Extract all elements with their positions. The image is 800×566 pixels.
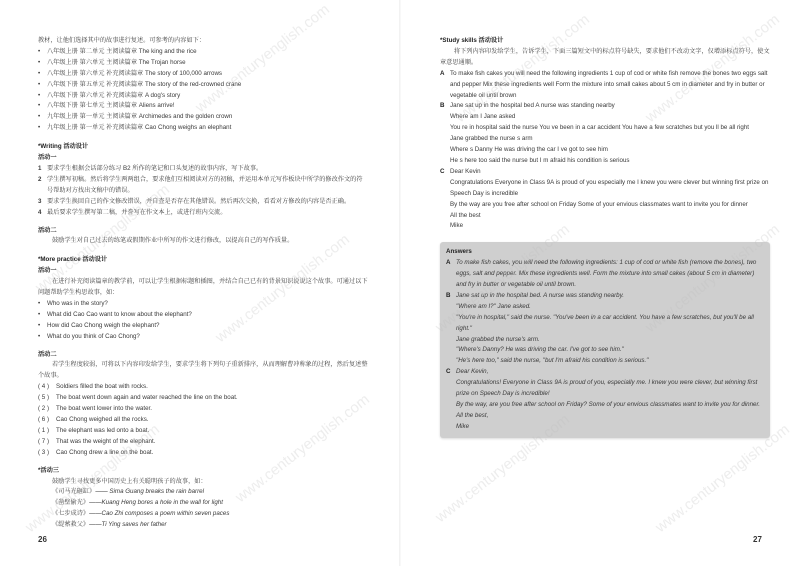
- question-item: What do you think of Cao Chong?: [38, 332, 368, 343]
- story-title-list: 《司马光砸缸》—— Sima Guang breaks the rain bar…: [38, 487, 368, 531]
- story-list: 八年级上册 第二单元 主阅读篇章 The king and the rice 八…: [38, 47, 368, 134]
- exercise-c: C Dear Kevin Congratulations Everyone in…: [440, 167, 770, 232]
- sentence-item: ( 5 )The boat went down again and water …: [38, 393, 368, 404]
- more-practice-activity3-text: 鼓励学生寻找更多中国历史上有关聪明孩子的故事，如：: [38, 477, 368, 488]
- more-practice-activity1-title: 活动一: [38, 266, 368, 277]
- story-title: 《司马光砸缸》—— Sima Guang breaks the rain bar…: [52, 487, 368, 498]
- more-practice-activity1-text: 在进行补充阅读篇章的教学前，可以让学生根据标题和插图，并结合自己已有的背景知识说…: [38, 277, 368, 299]
- story-item: 八年级下册 第六单元 补充阅读篇章 A dog's story: [38, 91, 368, 102]
- story-title: 《缇萦救父》——Ti Ying saves her father: [52, 520, 368, 531]
- sentence-item: ( 6 )Cao Chong weighed all the rocks.: [38, 415, 368, 426]
- question-item: How did Cao Chong weigh the elephant?: [38, 321, 368, 332]
- left-page-content: 教材，让他们选择其中的故事进行复述。可参考的内容如下： 八年级上册 第二单元 主…: [38, 36, 368, 531]
- writing-heading: *Writing 活动设计: [38, 142, 368, 153]
- question-item: Who was in the story?: [38, 299, 368, 310]
- sentence-item: ( 4 )Soldiers filled the boat with rocks…: [38, 382, 368, 393]
- writing-step: 3要求学生换回自己的作文修改错误，并自查是否存在其他错误。然后再次交换，看看对方…: [38, 197, 368, 208]
- story-item: 八年级上册 第二单元 主阅读篇章 The king and the rice: [38, 47, 368, 58]
- story-item: 八年级下册 第五单元 补充阅读篇章 The story of the red-c…: [38, 80, 368, 91]
- writing-step: 4最后要求学生撰写第二稿，并誊写在作文本上，或进行班内交流。: [38, 208, 368, 219]
- answer-a: A To make fish cakes, you will need the …: [446, 258, 764, 291]
- writing-step: 1要求学生根据会话部分练习 B2 所作的笔记和口头复述的故事内容，写下故事。: [38, 164, 368, 175]
- sentence-item: ( 3 )Cao Chong drew a line on the boat.: [38, 448, 368, 459]
- story-item: 八年级下册 第七单元 主阅读篇章 Aliens arrive!: [38, 101, 368, 112]
- writing-activity2-title: 活动二: [38, 226, 368, 237]
- more-practice-heading: *More practice 活动设计: [38, 255, 368, 266]
- story-item: 八年级上册 第六单元 补充阅读篇章 The story of 100,000 a…: [38, 69, 368, 80]
- sentence-order-list: ( 4 )Soldiers filled the boat with rocks…: [38, 382, 368, 458]
- sentence-item: ( 1 )The elephant was led onto a boat.: [38, 426, 368, 437]
- answers-title: Answers: [446, 247, 764, 258]
- stories-intro: 教材，让他们选择其中的故事进行复述。可参考的内容如下：: [38, 36, 368, 47]
- writing-steps: 1要求学生根据会话部分练习 B2 所作的笔记和口头复述的故事内容，写下故事。 2…: [38, 164, 368, 219]
- question-list: Who was in the story? What did Cao Cao w…: [38, 299, 368, 343]
- sentence-item: ( 7 )That was the weight of the elephant…: [38, 437, 368, 448]
- right-page-content: *Study skills 活动设计 将下列内容印发给学生，告诉学生，下面三篇短…: [440, 36, 770, 438]
- right-page: *Study skills 活动设计 将下列内容印发给学生，告诉学生，下面三篇短…: [400, 0, 800, 566]
- question-item: What did Cao Cao want to know about the …: [38, 310, 368, 321]
- page-number-right: 27: [753, 535, 762, 544]
- answer-c: C Dear Kevin, Congratulations! Everyone …: [446, 367, 764, 432]
- story-item: 九年级上册 第一单元 补充阅读篇章 Cao Chong weighs an el…: [38, 123, 368, 134]
- story-item: 八年级上册 第六单元 主阅读篇章 The Trojan horse: [38, 58, 368, 69]
- answer-b: B Jane sat up in the hospital bed. A nur…: [446, 291, 764, 367]
- sentence-item: ( 2 )The boat went lower into the water.: [38, 404, 368, 415]
- exercise-b: B Jane sat up in the hospital bed A nurs…: [440, 101, 770, 166]
- story-title: 《凿壁偷光》——Kuang Heng bores a hole in the w…: [52, 498, 368, 509]
- study-skills-intro: 将下列内容印发给学生，告诉学生，下面三篇短文中的标点符号缺失，要求他们不改动文字…: [440, 47, 770, 69]
- writing-activity2-text: 鼓励学生对自己过去的练笔或假期作业中所写的作文进行修改，以提高自己的写作质量。: [38, 236, 368, 247]
- answers-box: Answers A To make fish cakes, you will n…: [440, 242, 770, 437]
- exercise-a: A To make fish cakes you will need the f…: [440, 69, 770, 102]
- story-title: 《七步成诗》——Cao Zhi composes a poem within s…: [52, 509, 368, 520]
- story-item: 九年级上册 第一单元 主阅读篇章 Archimedes and the gold…: [38, 112, 368, 123]
- page-number-left: 26: [38, 535, 47, 544]
- more-practice-activity2-text: 若学生程度较弱，可将以下内容印发给学生，要求学生将下列句子重新排序，从而理解曹冲…: [38, 360, 368, 382]
- left-page: 教材，让他们选择其中的故事进行复述。可参考的内容如下： 八年级上册 第二单元 主…: [0, 0, 400, 566]
- more-practice-activity3-title: *活动三: [38, 466, 368, 477]
- study-skills-heading: *Study skills 活动设计: [440, 36, 770, 47]
- writing-step: 2学生撰写初稿。然后将学生两两组合，要求他们互相阅读对方的初稿，并运用本单元写作…: [38, 175, 368, 197]
- more-practice-activity2-title: 活动二: [38, 350, 368, 361]
- writing-activity1-title: 活动一: [38, 153, 368, 164]
